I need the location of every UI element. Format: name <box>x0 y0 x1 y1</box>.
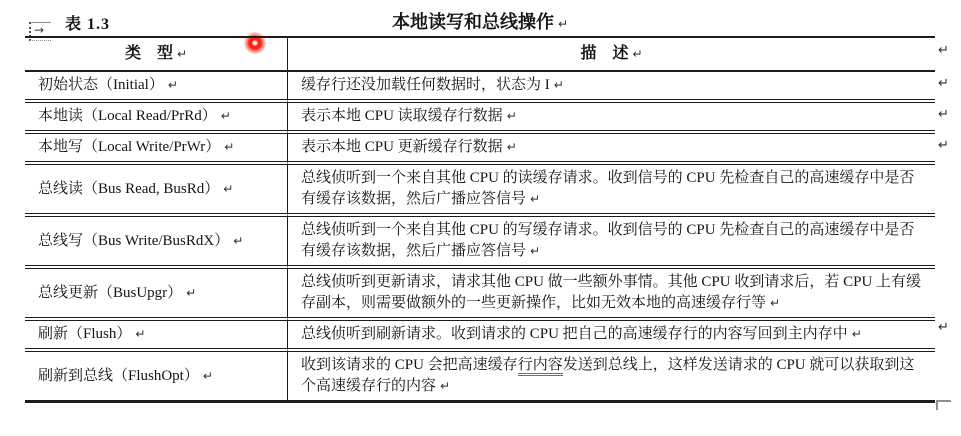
description-cell[interactable]: 总线侦听到一个来自其他 CPU 的读缓存请求。收到信号的 CPU 先检查自己的高… <box>288 165 935 217</box>
description-text: 表示本地 CPU 读取缓存行数据 <box>301 108 503 124</box>
type-cell[interactable]: 初始状态（Initial）↵ <box>25 72 288 103</box>
type-cell[interactable]: 总线写（Bus Write/BusRdX）↵ <box>25 217 288 269</box>
end-of-cell-mark: ↵ <box>233 234 243 248</box>
end-of-cell-mark: ↵ <box>530 244 540 258</box>
description-cell[interactable]: 缓存行还没加载任何数据时，状态为 I↵ <box>288 72 935 103</box>
end-of-cell-mark: ↵ <box>186 286 196 300</box>
end-of-row-mark: ↵ <box>938 43 949 58</box>
type-cell[interactable]: 总线更新（BusUpgr）↵ <box>25 269 288 321</box>
end-of-cell-mark: ↵ <box>440 379 450 393</box>
description-text: 总线侦听到更新请求，请求其他 CPU 做一些额外事情。其他 CPU 收到请求后，… <box>301 274 921 311</box>
description-cell[interactable]: 总线侦听到一个来自其他 CPU 的写缓存请求。收到信号的 CPU 先检查自己的高… <box>288 217 935 269</box>
end-of-cell-mark: ↵ <box>852 327 862 341</box>
table-row: 总线更新（BusUpgr）↵总线侦听到更新请求，请求其他 CPU 做一些额外事情… <box>25 269 935 321</box>
description-cell[interactable]: 总线侦听到刷新请求。收到请求的 CPU 把自己的高速缓存行的内容写回到主内存中↵ <box>288 321 935 352</box>
table-row: 本地写（Local Write/PrWr）↵表示本地 CPU 更新缓存行数据↵ <box>25 134 935 165</box>
grammar-checked-text: 行内容 <box>518 357 563 376</box>
description-text: 收到该请求的 CPU 会把高速缓存 <box>301 357 518 373</box>
end-of-cell-mark: ↵ <box>507 140 517 154</box>
end-of-cell-mark: ↵ <box>135 327 145 341</box>
description-text: 总线侦听到刷新请求。收到请求的 CPU 把自己的高速缓存行的内容写回到主内存中 <box>301 326 848 342</box>
end-of-row-mark: ↵ <box>938 320 949 335</box>
type-cell[interactable]: 刷新（Flush）↵ <box>25 321 288 352</box>
table-row: 刷新到总线（FlushOpt）↵收到该请求的 CPU 会把高速缓存行内容发送到总… <box>25 352 935 403</box>
end-of-cell-mark: ↵ <box>168 78 178 92</box>
type-label: 总线读（Bus Read, BusRd） <box>38 181 219 197</box>
description-text: 表示本地 CPU 更新缓存行数据 <box>301 139 503 155</box>
table-row: 总线写（Bus Write/BusRdX）↵总线侦听到一个来自其他 CPU 的写… <box>25 217 935 269</box>
description-cell[interactable]: 表示本地 CPU 读取缓存行数据↵ <box>288 103 935 134</box>
end-of-line-mark: ↵ <box>558 17 568 31</box>
bus-operations-table: 类 型↵ 描 述↵ 初始状态（Initial）↵缓存行还没加载任何数据时，状态为… <box>25 36 935 403</box>
description-text: 总线侦听到一个来自其他 CPU 的写缓存请求。收到信号的 CPU 先检查自己的高… <box>301 222 914 259</box>
table-row: 本地读（Local Read/PrRd）↵表示本地 CPU 读取缓存行数据↵ <box>25 103 935 134</box>
end-of-cell-mark: ↵ <box>177 47 187 61</box>
type-cell[interactable]: 本地读（Local Read/PrRd）↵ <box>25 103 288 134</box>
type-label: 总线更新（BusUpgr） <box>38 285 182 301</box>
type-cell[interactable]: 总线读（Bus Read, BusRd）↵ <box>25 165 288 217</box>
description-cell[interactable]: 收到该请求的 CPU 会把高速缓存行内容发送到总线上，这样发送请求的 CPU 就… <box>288 352 935 403</box>
table-title: 本地读写和总线操作 <box>392 12 554 32</box>
table-body: 初始状态（Initial）↵缓存行还没加载任何数据时，状态为 I↵本地读（Loc… <box>25 72 935 403</box>
type-label: 本地读（Local Read/PrRd） <box>38 108 217 124</box>
table-row: 初始状态（Initial）↵缓存行还没加载任何数据时，状态为 I↵ <box>25 72 935 103</box>
table-row: 刷新（Flush）↵总线侦听到刷新请求。收到请求的 CPU 把自己的高速缓存行的… <box>25 321 935 352</box>
table-row: 总线读（Bus Read, BusRd）↵总线侦听到一个来自其他 CPU 的读缓… <box>25 165 935 217</box>
description-cell[interactable]: 表示本地 CPU 更新缓存行数据↵ <box>288 134 935 165</box>
description-cell[interactable]: 总线侦听到更新请求，请求其他 CPU 做一些额外事情。其他 CPU 收到请求后，… <box>288 269 935 321</box>
end-of-cell-mark: ↵ <box>770 296 780 310</box>
end-of-row-mark: ↵ <box>938 107 949 122</box>
table-title-wrap: 本地读写和总线操作↵ <box>392 8 568 34</box>
end-of-cell-mark: ↵ <box>224 140 234 154</box>
description-text: 总线侦听到一个来自其他 CPU 的读缓存请求。收到信号的 CPU 先检查自己的高… <box>301 170 914 207</box>
type-cell[interactable]: 本地写（Local Write/PrWr）↵ <box>25 134 288 165</box>
table-caption-line: → 表 1.3 本地读写和总线操作↵ <box>25 8 935 36</box>
header-type-cell[interactable]: 类 型↵ <box>25 38 288 72</box>
type-label: 刷新（Flush） <box>38 326 131 342</box>
header-desc-cell[interactable]: 描 述↵ <box>288 38 935 72</box>
end-of-cell-mark: ↵ <box>530 192 540 206</box>
table-caption: 表 1.3 <box>65 11 110 34</box>
type-label: 总线写（Bus Write/BusRdX） <box>38 233 229 249</box>
description-text: 缓存行还没加载任何数据时，状态为 I <box>301 77 550 93</box>
end-of-row-mark: ↵ <box>938 138 949 153</box>
type-cell[interactable]: 刷新到总线（FlushOpt）↵ <box>25 352 288 403</box>
end-of-cell-mark: ↵ <box>632 47 642 61</box>
header-desc-label: 描 述 <box>580 45 628 62</box>
end-of-cell-mark: ↵ <box>554 78 564 92</box>
type-label: 本地写（Local Write/PrWr） <box>38 139 220 155</box>
type-label: 初始状态（Initial） <box>38 77 164 93</box>
type-label: 刷新到总线（FlushOpt） <box>38 368 199 384</box>
end-of-cell-mark: ↵ <box>507 109 517 123</box>
end-of-row-mark: ↵ <box>938 76 949 91</box>
end-of-cell-mark: ↵ <box>223 182 233 196</box>
end-of-cell-mark: ↵ <box>221 109 231 123</box>
header-type-label: 类 型 <box>125 45 173 62</box>
end-of-cell-mark: ↵ <box>203 369 213 383</box>
header-row: 类 型↵ 描 述↵ <box>25 38 935 72</box>
table-resize-handle[interactable] <box>936 400 951 410</box>
document-page: → 表 1.3 本地读写和总线操作↵ 类 型↵ 描 述↵ 初始状态（Initia… <box>0 0 961 436</box>
